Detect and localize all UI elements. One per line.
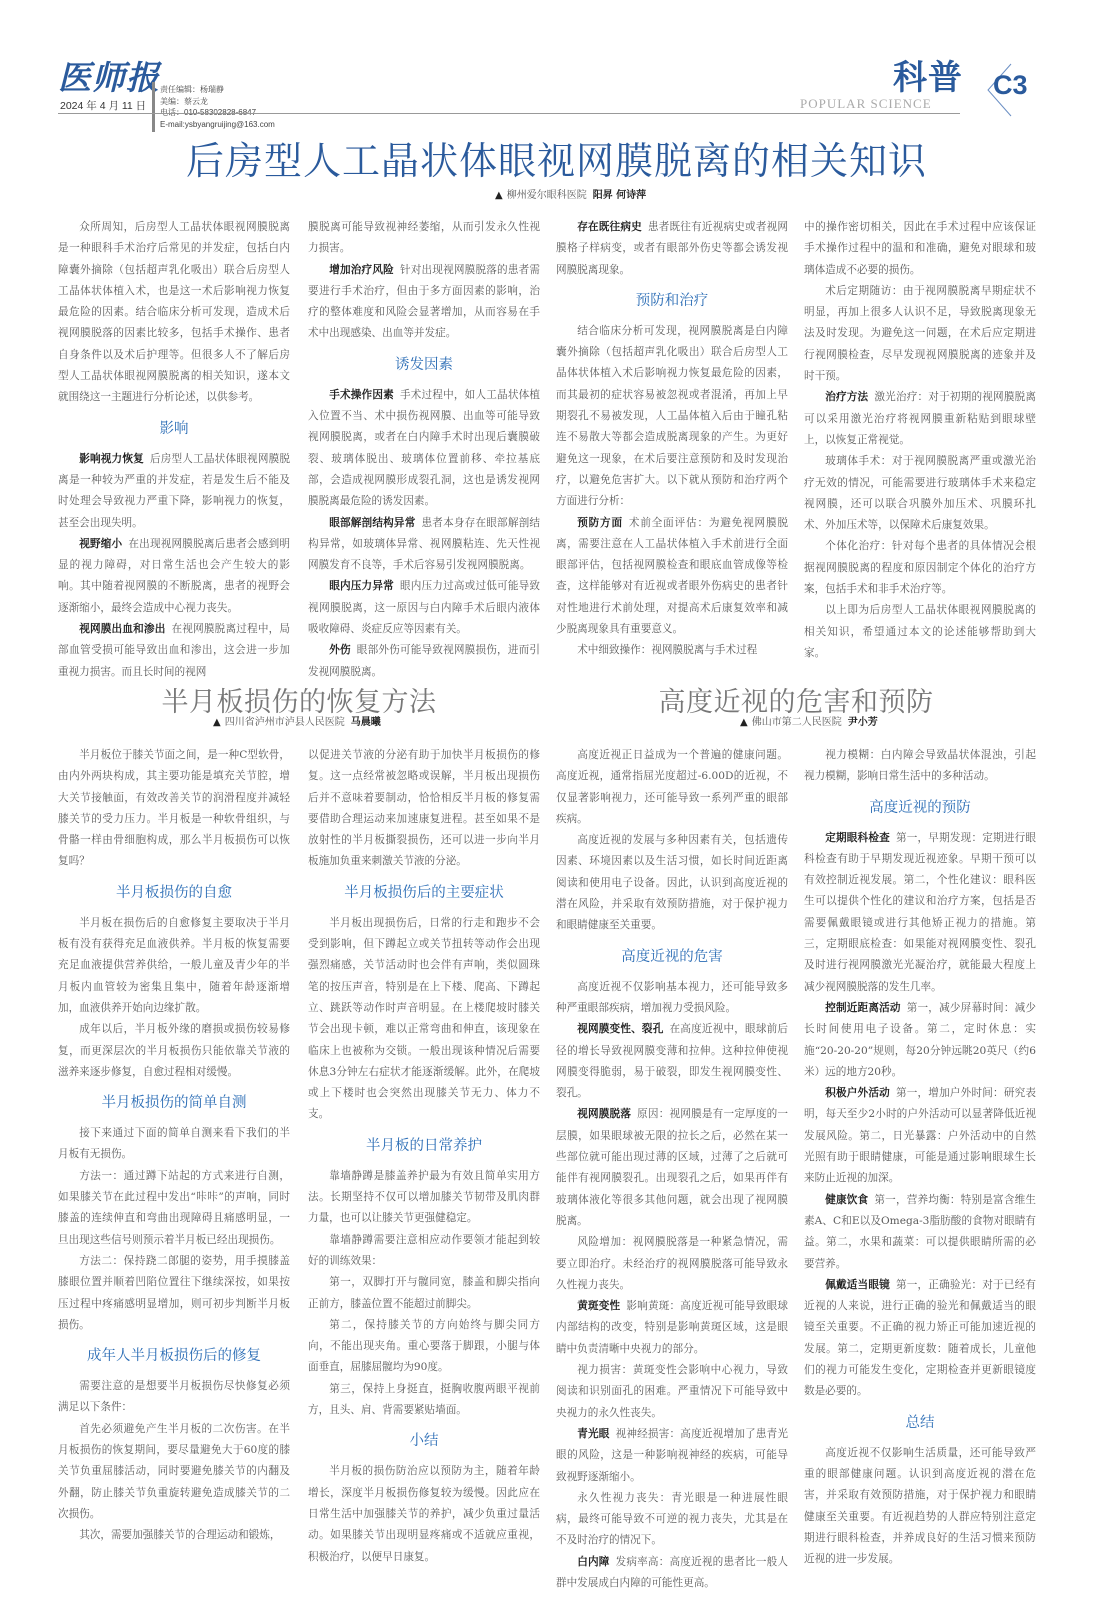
subheading: 半月板损伤的简单自测 xyxy=(58,1091,290,1115)
paragraph: 半月板位于膝关节面之间，是一种C型软骨，由内外两块构成，其主要功能是填充关节腔，… xyxy=(58,745,290,873)
paragraph: 众所周知，后房型人工晶状体眼视网膜脱离是一种眼科手术治疗后常见的并发症，包括白内… xyxy=(58,217,290,409)
editor: 责任编辑：杨瑞静 xyxy=(160,84,275,96)
lead-in: 治疗方法 xyxy=(825,391,868,403)
lead-in: 控制近距离活动 xyxy=(825,1002,901,1014)
paragraph: 外伤眼部外伤可能导致视网膜损伤，进而引发视网膜脱离。 xyxy=(308,640,540,683)
paragraph: 高度近视不仅影响基本视力，还可能导致多种严重眼部疾病，增加视力受损风险。 xyxy=(556,977,788,1020)
paragraph: 眼内压力异常眼内压力过高或过低可能导致视网膜脱离，这一原因与白内障手术后眼内液体… xyxy=(308,576,540,640)
subheading: 诱发因素 xyxy=(308,353,540,377)
article1-col2: 膜脱离可能导致视神经萎缩，从而引发永久性视力损害。 增加治疗风险针对出现视网膜脱… xyxy=(308,217,540,683)
lead-in: 视网膜变性、裂孔 xyxy=(577,1023,663,1035)
paragraph: 半月板的损伤防治应以预防为主，随着年龄增长，深度半月板损伤修复较为缓慢。因此应在… xyxy=(308,1461,540,1567)
paragraph: 术后定期随访：由于视网膜脱离早期症状不明显，再加上很多人认识不足，导致脱离现象无… xyxy=(804,281,1036,387)
text: 手术过程中，如人工晶状体植入位置不当、术中损伤视网膜、出血等可能导致视网膜脱离，… xyxy=(308,389,540,507)
paragraph: 需要注意的是想要半月板损伤尽快修复必须满足以下条件： xyxy=(58,1376,290,1419)
paragraph: 中的操作密切相关，因此在手术过程中应该保证手术操作过程中的温和和准确，避免对眼球… xyxy=(804,217,1036,281)
paragraph: 方法二：保持跷二郎腿的姿势，用手摸膝盖膝眼位置并顺着凹陷位置往下继续深按，如果按… xyxy=(58,1251,290,1336)
publication-date: 2024 年 4 月 11 日 xyxy=(60,98,146,113)
editor-info: 责任编辑：杨瑞静 美编：蔡云龙 电话：010-58302828-6847 E-m… xyxy=(160,84,275,130)
subheading: 总结 xyxy=(804,1411,1036,1435)
paragraph: 首先必须避免产生半月板的二次伤害。在半月板损伤的恢复期间，要尽量避免大于60度的… xyxy=(58,1419,290,1525)
paragraph: 成年以后，半月板外缘的磨损或损伤较易修复，而更深层次的半月板损伤只能依靠关节液的… xyxy=(58,1019,290,1083)
paragraph: 术中细致操作：视网膜脱离与手术过程 xyxy=(556,640,788,661)
paragraph: 眼部解剖结构异常患者本身存在眼部解剖结构异常，如玻璃体异常、视网膜粘连、先天性视… xyxy=(308,513,540,577)
lead-in: 眼内压力异常 xyxy=(329,580,394,592)
paragraph: 其次，需要加强膝关节的合理运动和锻炼， xyxy=(58,1525,290,1546)
byline-authors: 阳昇 何诗萍 xyxy=(593,190,646,201)
article2-col1: 半月板位于膝关节面之间，是一种C型软骨，由内外两块构成，其主要功能是填充关节腔，… xyxy=(58,745,290,1547)
paragraph: 结合临床分析可发现，视网膜脱离是白内障囊外摘除（包括超声乳化吸出）联合后房型人工… xyxy=(556,321,788,513)
lead-in: 白内障 xyxy=(577,1556,609,1568)
subheading: 影响 xyxy=(58,417,290,441)
text: 第一，增加户外时间：研究表明，每天至少2小时的户外活动可以显著降低近视发展风险。… xyxy=(804,1087,1036,1184)
paragraph: 控制近距离活动第一，减少屏幕时间：减少长时间使用电子设备。第二，定时休息：实施“… xyxy=(804,998,1036,1083)
lead-in: 眼部解剖结构异常 xyxy=(329,517,415,529)
subheading: 高度近视的危害 xyxy=(556,945,788,969)
article2-col2: 以促进关节液的分泌有助于加快半月板损伤的修复。这一点经常被忽略或误解，半月板出现… xyxy=(308,745,540,1568)
paragraph: 永久性视力丧失：青光眼是一种进展性眼病，最终可能导致不可逆的视力丧失，尤其是在不… xyxy=(556,1488,788,1552)
newspaper-logo: 医师报 xyxy=(58,58,160,98)
subheading: 预防和治疗 xyxy=(556,289,788,313)
triangle-icon: ▲ xyxy=(740,717,748,728)
lead-in: 视网膜出血和渗出 xyxy=(79,623,165,635)
paragraph: 治疗方法激光治疗：对于初期的视网膜脱离可以采用激光治疗将视网膜重新粘贴到眼球壁上… xyxy=(804,387,1036,451)
paragraph: 预防方面术前全面评估：为避免视网膜脱离，需要注意在人工晶状体植入手术前进行全面眼… xyxy=(556,513,788,641)
article1-title: 后房型人工晶状体眼视网膜脱离的相关知识 xyxy=(0,130,1113,185)
lead-in: 增加治疗风险 xyxy=(329,264,394,276)
text: 原因：视网膜是有一定厚度的一层膜，如果眼球被无限的拉长之后，必然在某一些部位就可… xyxy=(556,1108,788,1226)
paragraph: 方法一：通过蹲下站起的方式来进行自测，如果膝关节在此过程中发出“咔咔”的声响，同… xyxy=(58,1166,290,1251)
article3-byline: ▲佛山市第二人民医院尹小芳 xyxy=(740,713,878,728)
paragraph: 接下来通过下面的简单自测来看下我们的半月板有无损伤。 xyxy=(58,1123,290,1166)
designer: 美编：蔡云龙 xyxy=(160,96,275,108)
lead-in: 手术操作因素 xyxy=(329,389,394,401)
paragraph: 黄斑变性影响黄斑：高度近视可能导致眼球内部结构的改变，特别是影响黄斑区域，这是眼… xyxy=(556,1296,788,1360)
article1-col4: 中的操作密切相关，因此在手术过程中应该保证手术操作过程中的温和和准确，避免对眼球… xyxy=(804,217,1036,664)
paragraph: 第一，双脚打开与髋同宽，膝盖和脚尖指向正前方，膝盖位置不能超过前脚尖。 xyxy=(308,1272,540,1315)
text: 第一，正确验光：对于已经有近视的人来说，进行正确的验光和佩戴适当的眼镜至关重要。… xyxy=(804,1279,1036,1397)
paragraph: 存在既往病史患者既往有近视病史或者视网膜格子样病变，或者有眼部外伤史等都会诱发视… xyxy=(556,217,788,281)
paragraph: 视野缩小在出现视网膜脱离后患者会感到明显的视力障碍，对日常生活也会产生较大的影响… xyxy=(58,534,290,619)
byline-org: 佛山市第二人民医院 xyxy=(752,717,842,728)
paragraph: 白内障发病率高：高度近视的患者比一般人群中发展成白内障的可能性更高。 xyxy=(556,1552,788,1595)
text: 第一，早期发现：定期进行眼科检查有助于早期发现近视迹象。早期干预可以有效控制近视… xyxy=(804,832,1036,993)
subheading: 半月板损伤后的主要症状 xyxy=(308,881,540,905)
lead-in: 黄斑变性 xyxy=(577,1300,620,1312)
byline-org: 四川省泸州市泸县人民医院 xyxy=(225,717,345,728)
paragraph: 半月板出现损伤后，日常的行走和跑步不会受到影响，但下蹲起立或关节扭转等动作会出现… xyxy=(308,913,540,1126)
paragraph: 定期眼科检查第一，早期发现：定期进行眼科检查有助于早期发现近视迹象。早期干预可以… xyxy=(804,828,1036,998)
paragraph: 影响视力恢复后房型人工晶状体眼视网膜脱离是一种较为严重的并发症，若是发生后不能及… xyxy=(58,449,290,534)
email: E-mail:ysbyangruijing@163.com xyxy=(160,119,275,131)
article1-col1: 众所周知，后房型人工晶状体眼视网膜脱离是一种眼科手术治疗后常见的并发症，包括白内… xyxy=(58,217,290,683)
paragraph: 靠墙静蹲需要注意相应动作要领才能起到较好的训练效果： xyxy=(308,1230,540,1273)
byline-authors: 尹小芳 xyxy=(848,717,878,728)
article1-byline: ▲柳州爱尔眼科医院阳昇 何诗萍 xyxy=(495,186,646,201)
subheading: 小结 xyxy=(308,1429,540,1453)
lead-in: 健康饮食 xyxy=(825,1194,868,1206)
paragraph: 风险增加：视网膜脱落是一种紧急情况，需要立即治疗。未经治疗的视网膜脱落可能导致永… xyxy=(556,1232,788,1296)
section-title: 科普 xyxy=(893,58,963,98)
lead-in: 预防方面 xyxy=(577,517,623,529)
subheading: 高度近视的预防 xyxy=(804,796,1036,820)
lead-in: 影响视力恢复 xyxy=(79,453,144,465)
subheading: 成年人半月板损伤后的修复 xyxy=(58,1344,290,1368)
paragraph: 视力模糊：白内障会导致晶状体混浊，引起视力模糊，影响日常生活中的多种活动。 xyxy=(804,745,1036,788)
section-title-en: POPULAR SCIENCE xyxy=(800,96,932,112)
header-rule xyxy=(58,113,960,114)
paragraph: 靠墙静蹲是膝盖养护最为有效且简单实用方法。长期坚持不仅可以增加膝关节韧带及肌肉群… xyxy=(308,1166,540,1230)
paragraph: 健康饮食第一，营养均衡：特别是富含维生素A、C和E以及Omega-3脂肪酸的食物… xyxy=(804,1190,1036,1275)
page-number: C3 xyxy=(993,70,1028,101)
lead-in: 定期眼科检查 xyxy=(825,832,890,844)
paragraph: 视网膜变性、裂孔在高度近视中，眼球前后径的增长导致视网膜变薄和拉伸。这种拉伸使视… xyxy=(556,1019,788,1104)
lead-in: 积极户外活动 xyxy=(825,1087,890,1099)
article2-byline: ▲四川省泸州市泸县人民医院马晨曦 xyxy=(213,713,381,728)
paragraph: 视力损害：黄斑变性会影响中心视力，导致阅读和识别面孔的困难。严重情况下可能导致中… xyxy=(556,1360,788,1424)
text: 术前全面评估：为避免视网膜脱离，需要注意在人工晶状体植入手术前进行全面眼部评估，… xyxy=(556,517,788,635)
paragraph: 高度近视的发展与多种因素有关，包括遗传因素、环境因素以及生活习惯，如长时间近距离… xyxy=(556,830,788,936)
article3-col1: 高度近视正日益成为一个普遍的健康问题。高度近视，通常指屈光度超过-6.00D的近… xyxy=(556,745,788,1594)
triangle-icon: ▲ xyxy=(495,190,503,201)
lead-in: 视野缩小 xyxy=(79,538,122,550)
byline-org: 柳州爱尔眼科医院 xyxy=(507,190,587,201)
paragraph: 积极户外活动第一，增加户外时间：研究表明，每天至少2小时的户外活动可以显著降低近… xyxy=(804,1083,1036,1189)
paragraph: 增加治疗风险针对出现视网膜脱落的患者需要进行手术治疗，但由于多方面因素的影响，治… xyxy=(308,260,540,345)
lead-in: 存在既往病史 xyxy=(577,221,642,233)
paragraph: 第二，保持膝关节的方向始终与脚尖同方向，不能出现夹角。重心要落于脚跟，小腿与体面… xyxy=(308,1315,540,1379)
paragraph: 佩戴适当眼镜第一，正确验光：对于已经有近视的人来说，进行正确的验光和佩戴适当的眼… xyxy=(804,1275,1036,1403)
lead-in: 外伤 xyxy=(329,644,351,656)
lead-in: 视网膜脱落 xyxy=(577,1108,631,1120)
lead-in: 青光眼 xyxy=(577,1428,609,1440)
article3-col2: 视力模糊：白内障会导致晶状体混浊，引起视力模糊，影响日常生活中的多种活动。 高度… xyxy=(804,745,1036,1570)
paragraph: 以上即为后房型人工晶状体眼视网膜脱离的相关知识，希望通过本文的论述能够帮助到大家… xyxy=(804,600,1036,664)
paragraph: 半月板在损伤后的自愈修复主要取决于半月板有没有获得充足血液供养。半月板的恢复需要… xyxy=(58,913,290,1019)
paragraph: 高度近视正日益成为一个普遍的健康问题。高度近视，通常指屈光度超过-6.00D的近… xyxy=(556,745,788,830)
lead-in: 佩戴适当眼镜 xyxy=(825,1279,890,1291)
paragraph: 第三，保持上身挺直，挺胸收腹两眼平视前方，且头、肩、背需要紧贴墙面。 xyxy=(308,1379,540,1422)
subheading: 半月板损伤的自愈 xyxy=(58,881,290,905)
paragraph: 青光眼视神经损害：高度近视增加了患青光眼的风险，这是一种影响视神经的疾病，可能导… xyxy=(556,1424,788,1488)
paragraph: 高度近视不仅影响生活质量，还可能导致严重的眼部健康问题。认识到高度近视的潜在危害… xyxy=(804,1443,1036,1571)
subheading: 半月板的日常养护 xyxy=(308,1134,540,1158)
paragraph: 视网膜出血和渗出在视网膜脱离过程中，局部血管受损可能导致出血和渗出，这会进一步加… xyxy=(58,619,290,683)
paragraph: 手术操作因素手术过程中，如人工晶状体植入位置不当、术中损伤视网膜、出血等可能导致… xyxy=(308,385,540,513)
paragraph: 视网膜脱落原因：视网膜是有一定厚度的一层膜，如果眼球被无限的拉长之后，必然在某一… xyxy=(556,1104,788,1232)
triangle-icon: ▲ xyxy=(213,717,221,728)
paragraph: 膜脱离可能导致视神经萎缩，从而引发永久性视力损害。 xyxy=(308,217,540,260)
byline-authors: 马晨曦 xyxy=(351,717,381,728)
paragraph: 个体化治疗：针对每个患者的具体情况会根据视网膜脱离的程度和原因制定个体化的治疗方… xyxy=(804,536,1036,600)
masthead-divider xyxy=(152,82,155,132)
article1-col3: 存在既往病史患者既往有近视病史或者视网膜格子样病变，或者有眼部外伤史等都会诱发视… xyxy=(556,217,788,662)
paragraph: 以促进关节液的分泌有助于加快半月板损伤的修复。这一点经常被忽略或误解，半月板出现… xyxy=(308,745,540,873)
paragraph: 玻璃体手术：对于视网膜脱离严重或激光治疗无效的情况，可能需要进行玻璃体手术来稳定… xyxy=(804,451,1036,536)
